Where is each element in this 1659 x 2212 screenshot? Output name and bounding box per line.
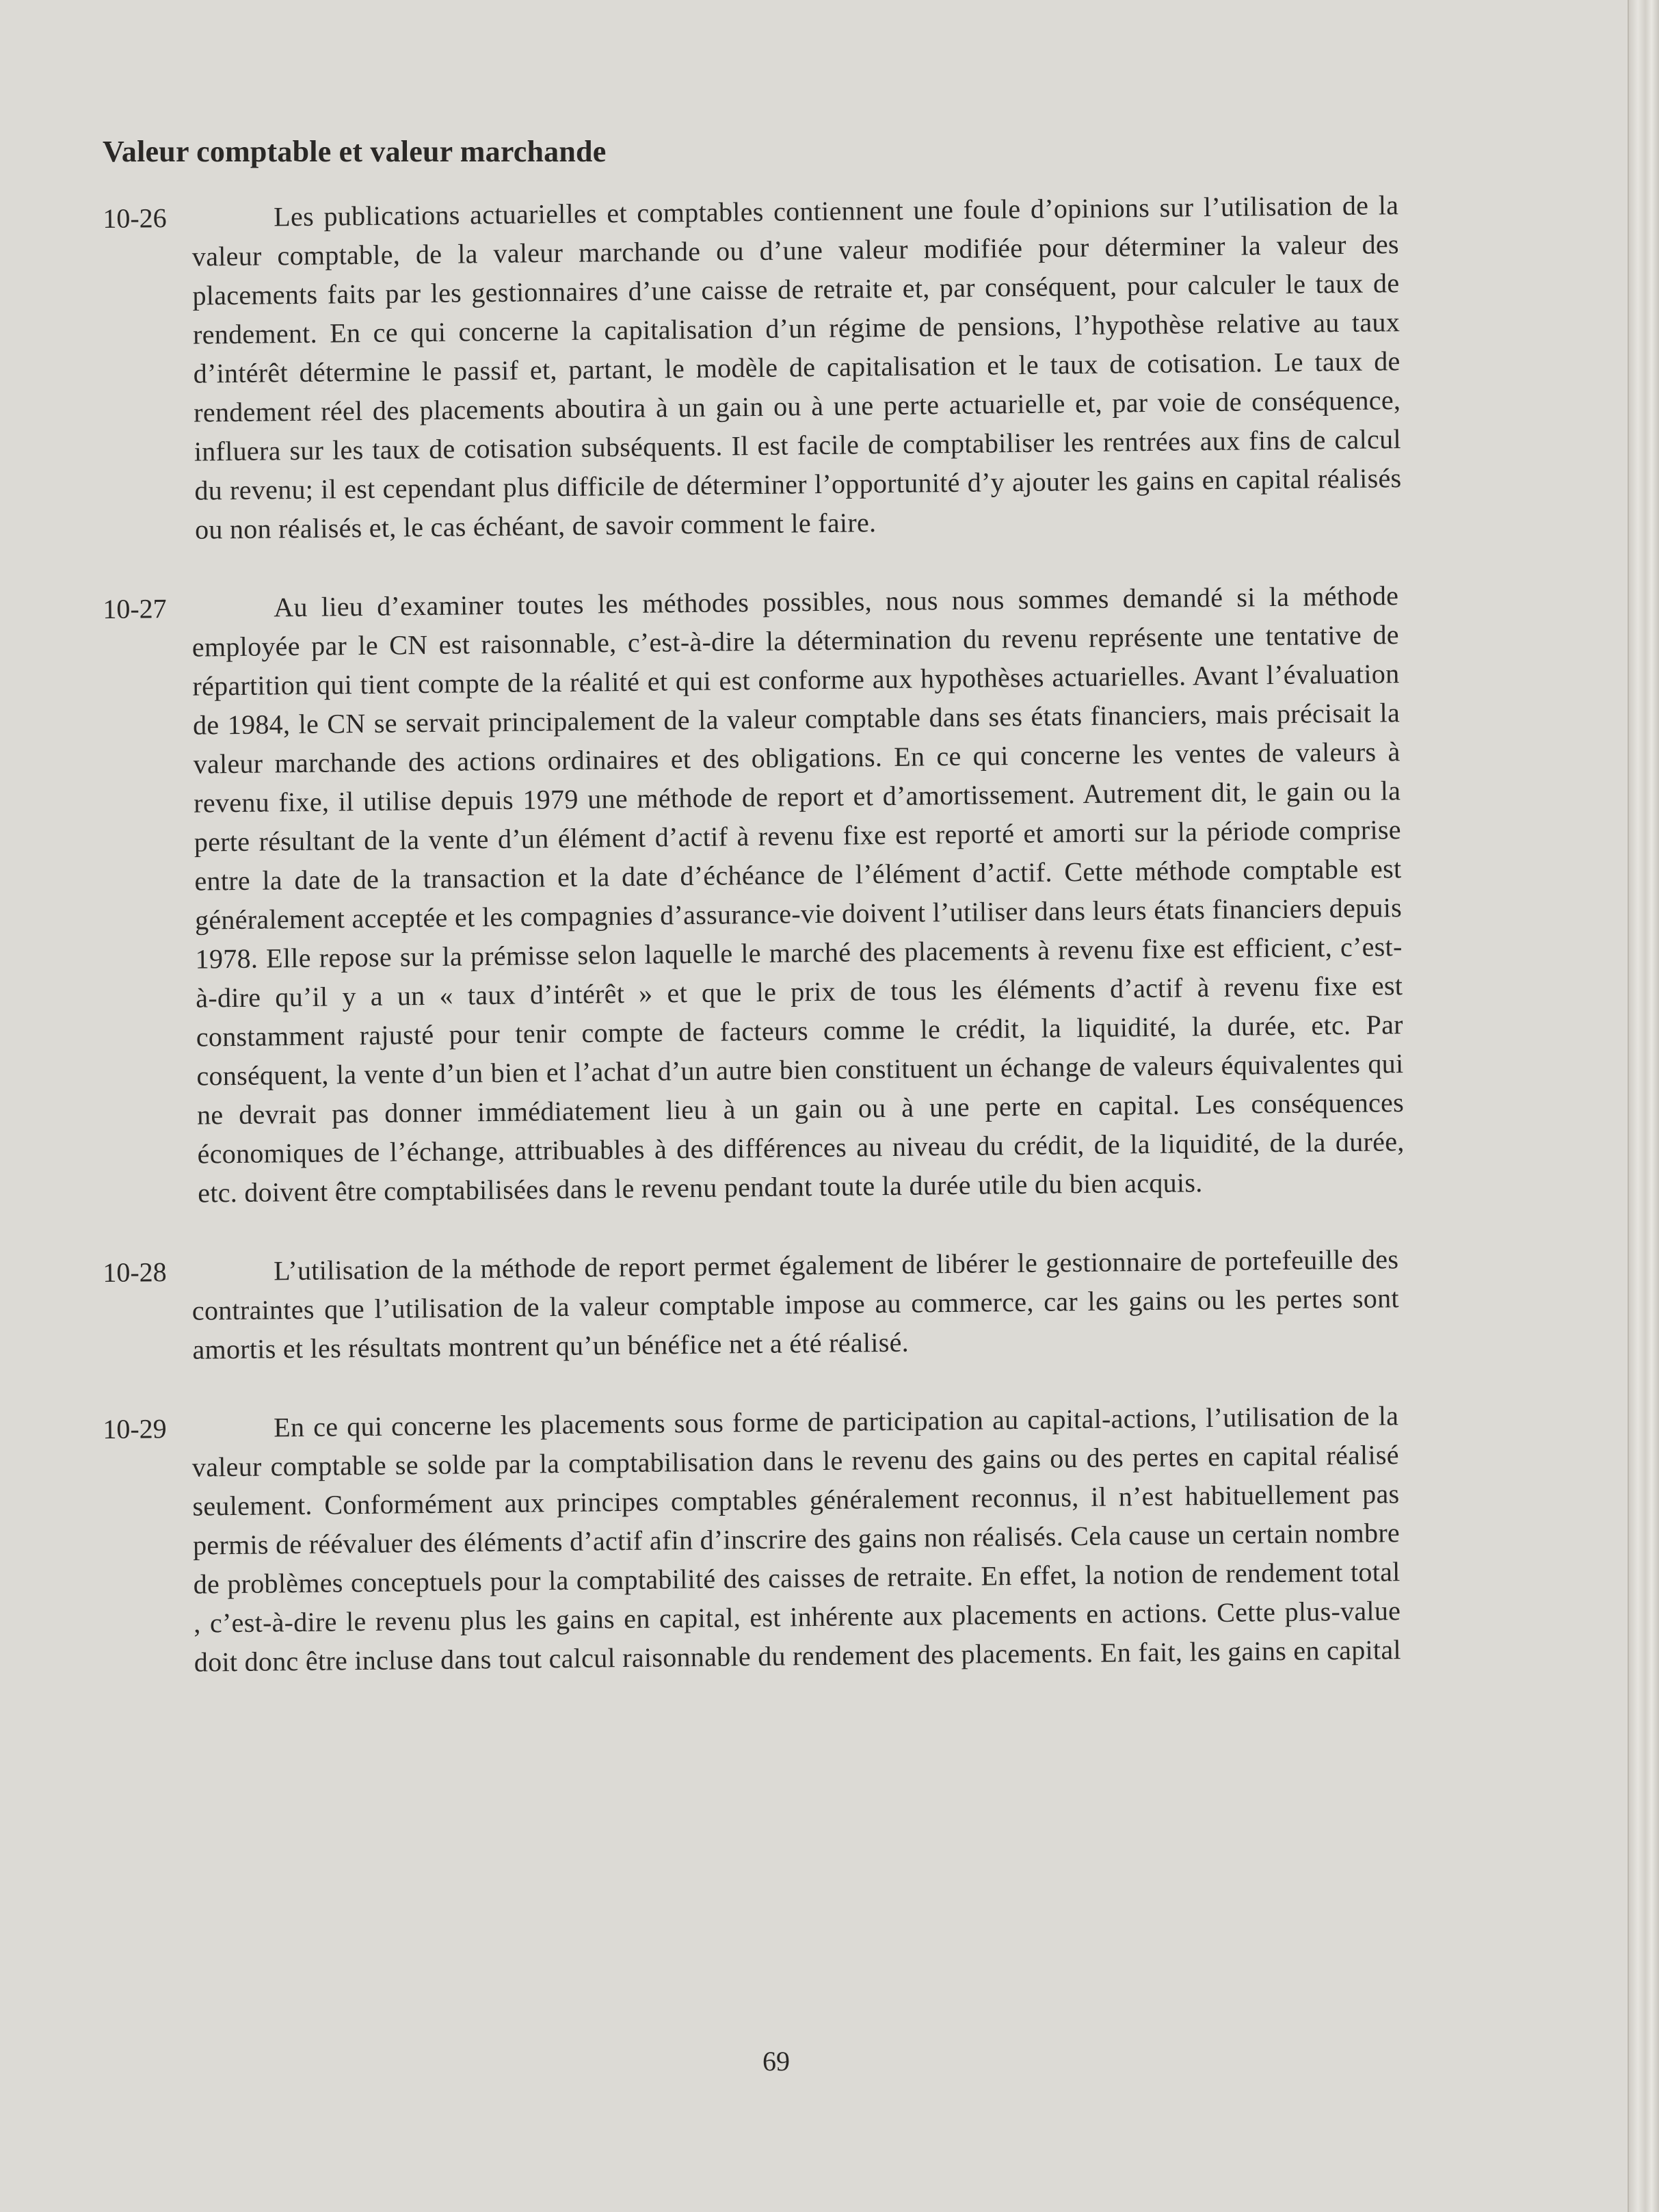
page-edge bbox=[1628, 0, 1659, 2212]
page-number: 69 bbox=[0, 2045, 1552, 2077]
paragraph-10-26: 10-26 Les publications actuarielles et c… bbox=[103, 185, 1402, 550]
paragraph-text: En ce qui concerne les placements sous f… bbox=[191, 1396, 1401, 1681]
paragraph-number: 10-28 bbox=[103, 1252, 167, 1292]
paragraph-number: 10-27 bbox=[103, 589, 167, 629]
paragraph-text: L’utilisation de la méthode de report pe… bbox=[191, 1239, 1400, 1369]
paragraph-10-28: 10-28 L’utilisation de la méthode de rep… bbox=[103, 1239, 1400, 1370]
paragraph-text: Les publications actuarielles et comptab… bbox=[191, 185, 1402, 549]
paragraph-text: Au lieu d’examiner toutes les méthodes p… bbox=[191, 576, 1405, 1212]
paragraph-10-29: 10-29 En ce qui concerne les placements … bbox=[103, 1396, 1401, 1683]
paragraph-number: 10-29 bbox=[103, 1409, 167, 1449]
page-content: Valeur comptable et valeur marchande 10-… bbox=[103, 134, 1398, 1722]
section-heading: Valeur comptable et valeur marchande bbox=[103, 134, 1398, 169]
paragraph-number: 10-26 bbox=[103, 198, 167, 238]
paragraph-10-27: 10-27 Au lieu d’examiner toutes les méth… bbox=[103, 576, 1405, 1213]
